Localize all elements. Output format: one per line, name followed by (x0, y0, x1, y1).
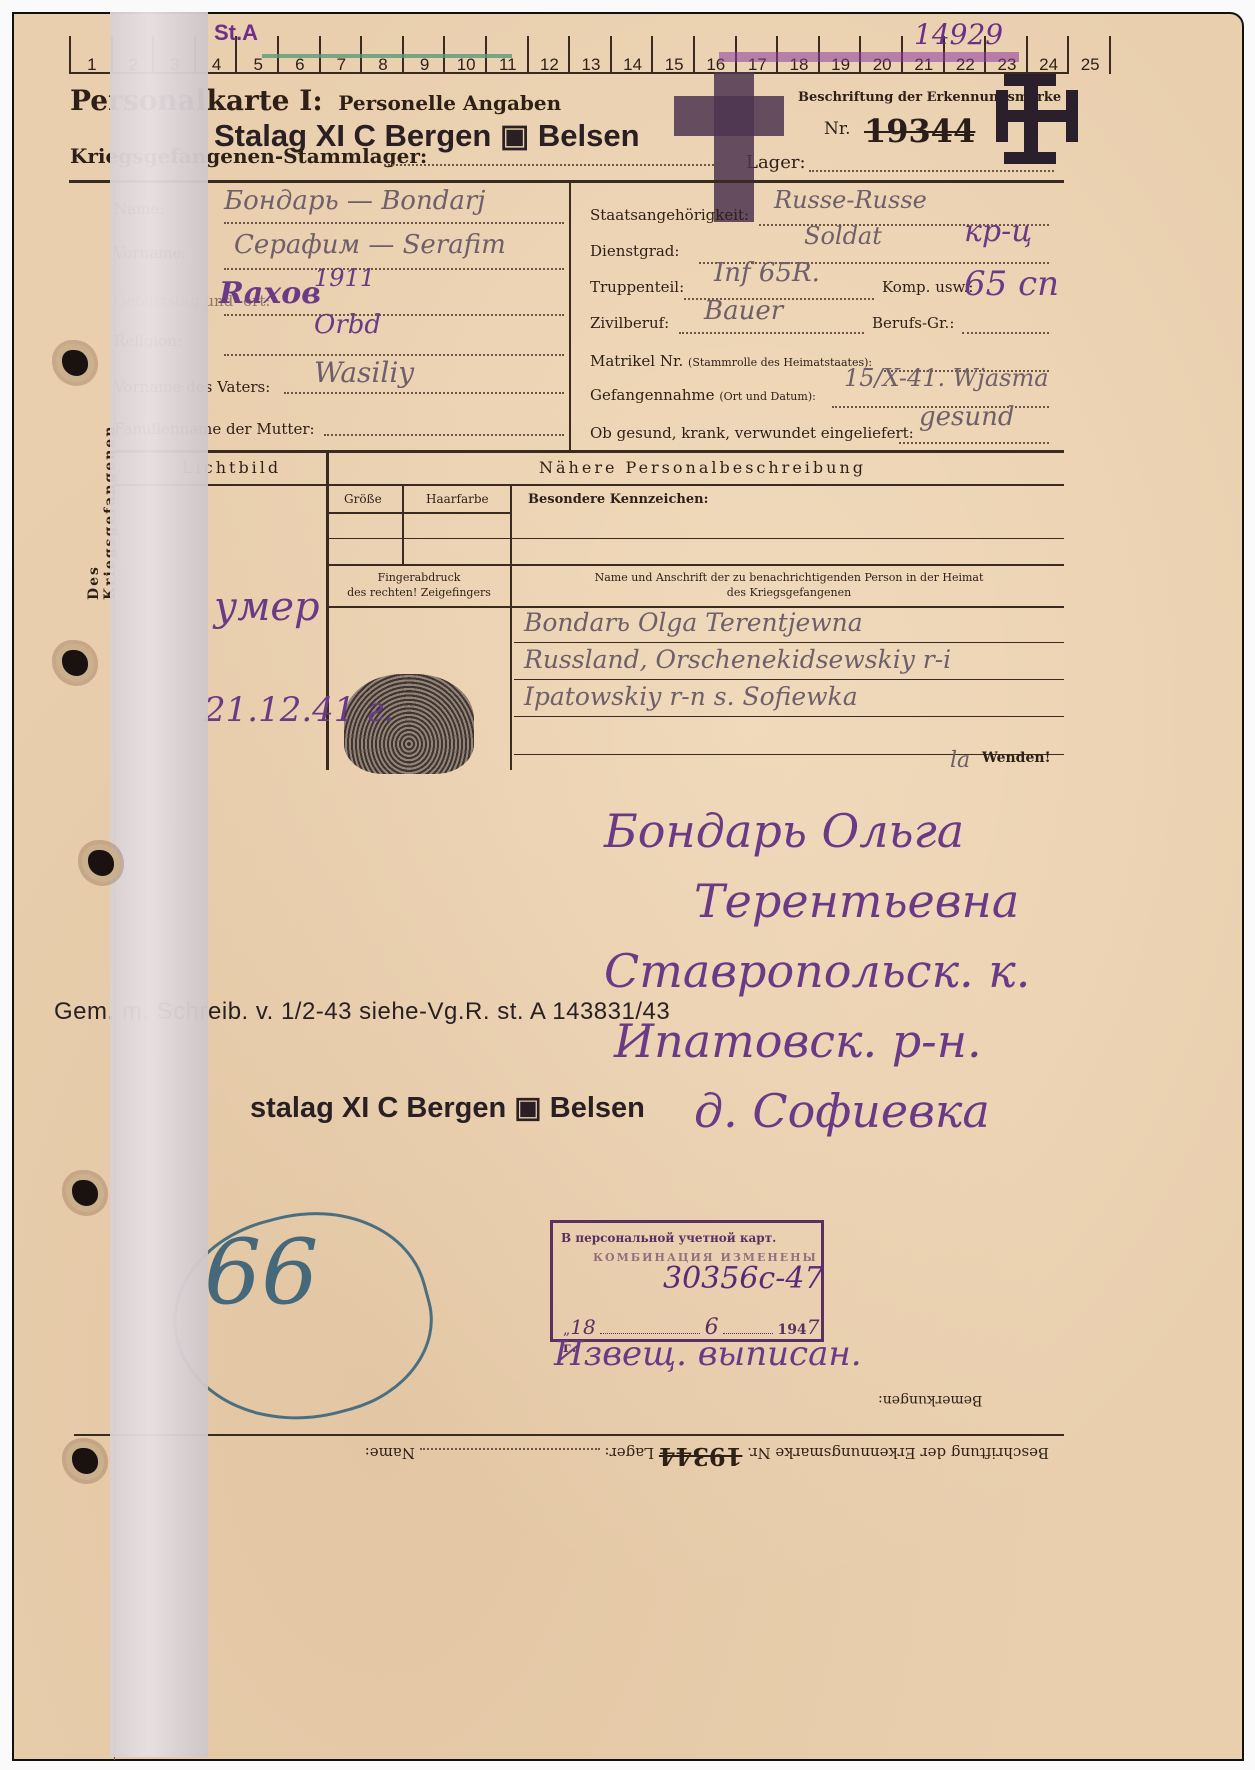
death-note: умер (214, 584, 320, 630)
tag-nr-label: Nr. (824, 119, 851, 139)
nationality-label: Staatsangehörigkeit: (590, 206, 749, 224)
strip-handwritten-number: 14929 (914, 18, 1003, 51)
tape-strip (110, 12, 208, 1757)
surname-value: Бондарь — Bondarj (224, 186, 485, 216)
death-date: 21.12.41 г. (204, 690, 394, 730)
nationality-value: Russe-Russe (774, 186, 927, 214)
bottom-inverted-row: Beschriftung der Erkennungsmarke Nr. 193… (344, 1442, 1049, 1471)
contact-label-2: des Kriegsgefangenen (514, 585, 1064, 600)
remarks-label-inverted: Bemerkungen: (878, 1392, 982, 1408)
civil-value: Bauer (704, 296, 783, 326)
card-title-right: Personelle Angaben (338, 91, 561, 115)
stamp-number: 30356с-47 (663, 1261, 824, 1296)
soviet-registry-stamp: В персональной учетной карт. КОМБИНАЦИЯ … (550, 1220, 824, 1342)
hair-label: Haarfarbe (426, 492, 489, 506)
company-label: Komp. usw.: (882, 278, 973, 296)
health-value: gesund (919, 402, 1015, 432)
unit-value: Inf 65R. (714, 258, 820, 288)
sta-stamp: St.A (214, 20, 258, 46)
rank-annotation: кр-ц (964, 214, 1032, 249)
firstname-value: Серафим — Serafim (234, 230, 506, 260)
binder-hole (88, 850, 114, 876)
binder-hole (62, 650, 88, 676)
capture-label-sub: (Ort und Datum): (719, 390, 816, 403)
rank-value: Soldat (804, 222, 882, 250)
birth-place: Orbd (314, 310, 381, 340)
capture-label: Gefangennahme (Ort und Datum): (590, 386, 816, 404)
inv-number: 19344 (659, 1442, 743, 1471)
strip-cell: 24 (1026, 36, 1070, 74)
contact-line: Ipatowskiy r-n s. Sofiewka (524, 682, 858, 711)
unit-label: Truppenteil: (590, 278, 684, 296)
strip-green-strike (262, 54, 512, 58)
handwritten-note: Извещ. выписан. (554, 1334, 862, 1374)
fingerprint-label-2: des rechten! Zeigefingers (330, 585, 508, 600)
binder-hole (72, 1448, 98, 1474)
cyrillic-line: д. Софиевка (694, 1084, 990, 1138)
strip-cell: 1 (69, 36, 113, 74)
contact-label: Name und Anschrift der zu benachrichtige… (514, 570, 1064, 600)
inv-lager: Lager: (604, 1444, 654, 1462)
strip-cell: 14 (610, 36, 654, 74)
rank-label: Dienstgrad: (590, 242, 679, 260)
civil-label: Zivilberuf: (590, 314, 669, 332)
height-label: Größe (344, 492, 382, 506)
fingerprint-label-1: Fingerabdruck (330, 570, 508, 585)
cyrillic-line: Ставропольск. к. (604, 944, 1030, 998)
lager-label: Lager: (746, 152, 806, 173)
father-value: Wasiliy (314, 356, 414, 389)
strip-cell: 15 (651, 36, 695, 74)
capture-value: 15/X-41. Wjasma (844, 364, 1049, 392)
fingerprint-label: Fingerabdruck des rechten! Zeigefingers (330, 570, 508, 600)
birth-stamp-value: Rахов (219, 276, 321, 311)
inv-caption: Beschriftung der Erkennungsmarke Nr. (747, 1444, 1049, 1462)
company-value: 65 сп (964, 264, 1059, 304)
binder-hole (72, 1180, 98, 1206)
tag-number: 19344 (864, 112, 975, 150)
strip-purple-strike (719, 52, 1019, 62)
marks-label: Besondere Kennzeichen: (528, 492, 708, 507)
health-label: Ob gesund, krank, verwundet eingeliefert… (590, 424, 914, 442)
cyrillic-line: Терентьевна (694, 874, 1019, 928)
initials: la (950, 748, 970, 773)
strip-cell: 13 (568, 36, 612, 74)
circled-number: 66 (204, 1220, 319, 1325)
profgroup-label: Berufs-Gr.: (872, 314, 954, 332)
contact-line: Russland, Orschenekidsewskiy r-i (524, 645, 951, 674)
tag-caption: Beschriftung der Erkennungsmarke (798, 90, 1061, 105)
strip-cell: 12 (527, 36, 571, 74)
description-section-title: Nähere Personalbeschreibung (539, 458, 866, 477)
contact-label-1: Name und Anschrift der zu benachrichtige… (514, 570, 1064, 585)
inv-name: Name: (365, 1444, 415, 1462)
contact-line: Bondarь Olga Terentjewna (524, 608, 863, 637)
turn-over-label: Wenden! (982, 750, 1051, 766)
camp-stamp-reverse: stalag XI C Bergen ▣ Belsen (250, 1090, 645, 1125)
birth-year: 1911 (314, 264, 375, 292)
cyrillic-line: Бондарь Ольга (604, 804, 964, 858)
matrikel-label-main: Matrikel Nr. (590, 352, 683, 370)
binder-hole (62, 350, 88, 376)
capture-label-main: Gefangennahme (590, 386, 715, 404)
matrikel-label: Matrikel Nr. (Stammrolle des Heimatstaat… (590, 352, 872, 370)
stamp-line-1: В персональной учетной карт. (561, 1231, 776, 1245)
strip-cell: 25 (1067, 36, 1111, 74)
